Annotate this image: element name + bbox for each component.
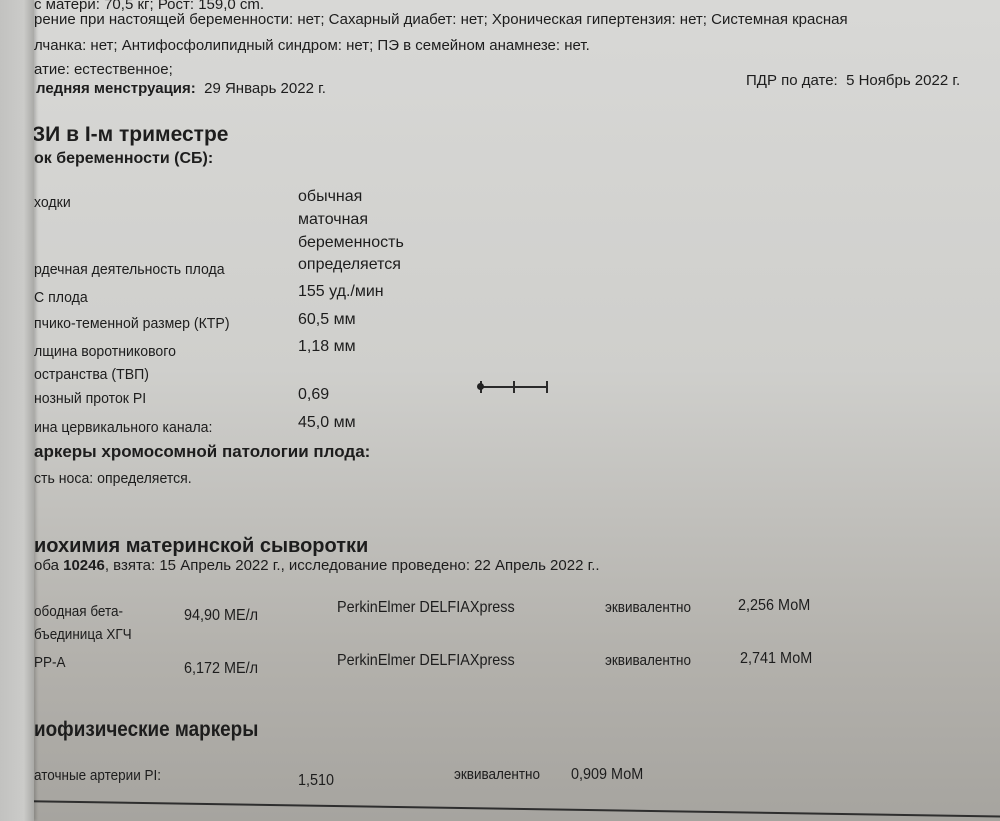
biophys-mom: 0,909 МоМ [571,766,643,784]
biochem-mom: 2,741 МоМ [740,650,812,668]
lmp: ледняя менструация: 29 Январь 2022 г. [36,80,326,97]
biophys-equiv: эквивалентно [454,766,540,783]
ductus-venosus-scale [476,380,548,394]
history-line-1: рение при настоящей беременности: нет; С… [34,11,848,28]
sample-suffix: , взята: 15 Апрель 2022 г., исследование… [105,557,600,574]
ultrasound-label: пчико-теменной размер (КТР) [34,315,230,332]
biochem-value: 6,172 МЕ/л [184,660,258,678]
ultrasound-value: 45,0 мм [298,414,356,432]
biochem-label-pappa: PP-A [34,654,66,671]
ultrasound-title: ЗИ в I-м триместре [32,123,228,147]
divider-line [14,800,1000,818]
value-line: обычная [298,185,404,208]
nasal-bone: сть носа: определяется. [34,470,192,487]
ultrasound-label: С плода [34,289,88,306]
scale-tick [513,381,515,393]
ultrasound-value: определяется [298,256,401,274]
lmp-label: ледняя менструация: [36,80,196,97]
label-line: остранства (ТВП) [34,363,176,386]
label-line: лщина воротникового [34,340,176,363]
value-line: маточная [298,208,404,231]
edd: ПДР по дате: 5 Ноябрь 2022 г. [746,72,960,89]
biochem-device: PerkinElmer DELFIAXpress [337,652,515,670]
sample-id: 10246 [63,557,105,574]
ultrasound-value: 60,5 мм [298,311,356,329]
sample-prefix: оба [34,557,63,574]
ultrasound-subtitle: ок беременности (СБ): [34,150,213,168]
biochem-equiv: эквивалентно [605,599,691,616]
ultrasound-label: ина цервикального канала: [34,419,212,436]
label-line: бъединица ХГЧ [34,623,132,646]
label-line: ободная бета- [34,600,132,623]
biochem-device: PerkinElmer DELFIAXpress [337,599,515,617]
ultrasound-value: 1,18 мм [298,338,356,356]
ultrasound-label-nt: лщина воротникового остранства (ТВП) [34,340,176,386]
ultrasound-label: нозный проток PI [34,390,146,407]
edd-value: 5 Ноябрь 2022 г. [846,72,960,89]
scale-tick [546,381,548,393]
biochem-value: 94,90 МЕ/л [184,607,258,625]
biophys-label: аточные артерии PI: [34,767,161,784]
biophys-title: иофизические маркеры [34,718,258,742]
biochem-title: иохимия материнской сыворотки [34,535,368,558]
edd-label: ПДР по дате: [746,72,838,89]
biochem-sample: оба 10246, взята: 15 Апрель 2022 г., исс… [34,557,600,574]
ultrasound-label: ходки [34,194,71,211]
ultrasound-label: рдечная деятельность плода [34,261,225,278]
biochem-label-hcg: ободная бета- бъединица ХГЧ [34,600,132,646]
biophys-value: 1,510 [298,772,334,790]
biochem-mom: 2,256 МоМ [738,597,810,615]
conception: атие: естественное; [34,61,173,78]
scale-marker [477,383,484,390]
ultrasound-value-findings: обычная маточная беременность [298,185,404,254]
value-line: беременность [298,231,404,254]
ultrasound-value: 155 уд./мин [298,283,384,301]
ultrasound-value: 0,69 [298,386,329,404]
page-fold [0,0,34,821]
history-line-2: лчанка: нет; Антифосфолипидный синдром: … [34,37,590,54]
markers-title: аркеры хромосомной патологии плода: [34,442,370,462]
lmp-value: 29 Январь 2022 г. [204,80,326,97]
biochem-equiv: эквивалентно [605,652,691,669]
